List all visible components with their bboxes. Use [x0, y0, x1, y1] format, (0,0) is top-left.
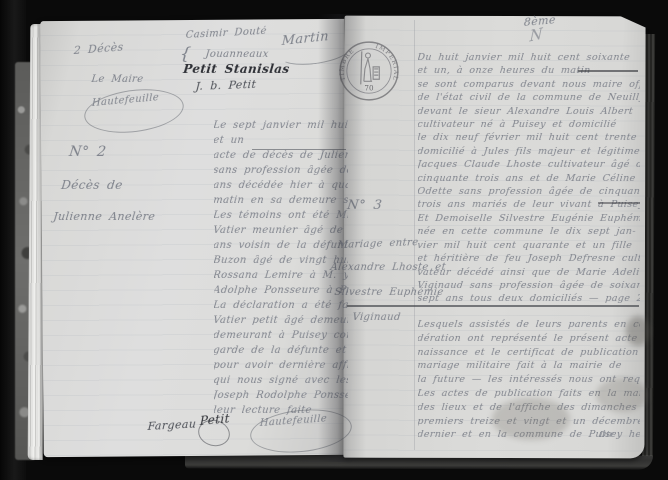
handwritten-line: de l'état civil de la commune de Neuilly: [418, 91, 640, 104]
handwritten-line: Viginaud sans profession âgée de soixant…: [418, 279, 640, 292]
handwritten-line: se sont comparus devant nous maire offi-: [418, 78, 640, 91]
handwritten-line: naissance et le certificat de publicatio…: [418, 346, 640, 360]
handwritten-line: dération ont représenté le présent acte …: [418, 332, 640, 346]
handwritten-line: Buzon âgé de vingt huit ans demeurant: [214, 253, 348, 268]
handwritten-line: Les témoins ont été Mr Alphonse: [214, 208, 348, 223]
svg-text:70: 70: [364, 84, 374, 93]
handwritten-line: matin en sa demeure sise au Bourg: [214, 193, 348, 208]
handwritten-line: et un: [214, 133, 348, 148]
right-page-body-text-1: Du huit janvier mil huit cent soixanteet…: [418, 51, 640, 307]
handwritten-line: sept ans tous deux domiciliés — page 2: [418, 292, 640, 305]
handwritten-line: Adolphe Ponsseure à Puisey le Commis: [214, 283, 348, 298]
paraph-mark: N: [529, 24, 543, 45]
cover-corner-overlay: [598, 8, 660, 36]
act-number-right: N° 3: [346, 198, 382, 213]
handwritten-line: Rossana Lemire à M. y. de la Première: [214, 268, 348, 283]
header-brace: {: [179, 44, 192, 64]
handwritten-line: vateur décédé ainsi que de Marie Adeline: [418, 266, 640, 279]
handwritten-line: vier mil huit cent quarante et un fille: [418, 239, 640, 252]
fill-dash-1: [578, 70, 638, 72]
handwritten-line: trois ans mariés de leur vivant à Puisey: [418, 198, 640, 211]
handwritten-line: ans voisin de la défunte et Alexandre: [214, 238, 348, 253]
section-separator-rule: [347, 305, 639, 307]
blank-underline: [252, 149, 346, 150]
handwritten-line: Vatier meunier âgé de quarante cinq: [214, 223, 348, 238]
act-title-line2: Julienne Anelère: [53, 210, 156, 223]
handwritten-line: cinquante trois ans et de Marie Céline: [418, 172, 640, 185]
handwritten-line: garde de la défunte et le décès mai: [214, 343, 348, 358]
handwritten-line: le dix neuf février mil huit cent trente…: [418, 131, 640, 144]
act-number-left: N° 2: [68, 144, 107, 160]
handwritten-line: demeurant à Puisey commune de la: [214, 328, 348, 343]
signature-fargeau: Fargeau: [147, 417, 196, 433]
handwritten-line: pour avoir dernière affirmé de Mlle: [214, 358, 348, 373]
paper-stain: [596, 378, 648, 412]
handwritten-line: Joseph Rodolphe Ponsseure qui a déclaré: [214, 388, 348, 403]
handwritten-line: née en cette commune le dix sept jan-: [418, 225, 640, 238]
right-page-margin-rule: [414, 20, 415, 450]
imperial-tax-stamp-icon: TIMBRE IMPERIAL 70: [336, 38, 402, 104]
end-mark: Dir: [599, 430, 614, 439]
handwritten-line: Lesquels assistés de leurs parents en co…: [418, 318, 640, 332]
handwritten-line: mariage militaire fait à la mairie de: [418, 359, 640, 373]
handwritten-line: Du huit janvier mil huit cent soixante: [418, 51, 640, 64]
handwritten-line: Odette sans profession âgée de cinquante: [418, 185, 640, 198]
header-name-3: Petit Stanislas: [183, 62, 291, 76]
header-name-2: Jouanneaux: [205, 49, 269, 60]
handwritten-line: cultivateur né à Puisey et domicilié: [418, 118, 640, 131]
handwritten-line: et héritière de feu Joseph Defresne cult…: [418, 252, 640, 265]
handwritten-line: domicilié à Jules fils majeur et légitim…: [418, 145, 640, 158]
left-page-body-text: Le sept janvier mil huit cent soixanteet…: [214, 118, 348, 420]
handwritten-line: ans décédée hier à quatre heures du: [214, 178, 348, 193]
fill-dash-2: [598, 202, 640, 204]
handwritten-line: La déclaration a été faite par Mr: [214, 298, 348, 313]
act-title-line1: Décès de: [61, 178, 124, 192]
margin-note-le-maire: Le Maire: [91, 74, 144, 85]
handwritten-line: devant le sieur Alexandre Louis Albert: [418, 105, 640, 118]
header-name-4: J. b. Petit: [195, 78, 257, 93]
handwritten-line: acte de décès de Julienne Anelère: [214, 148, 348, 163]
paper-stain: [626, 316, 650, 346]
handwritten-line: qui nous signé avec les témoins et la Da…: [214, 373, 348, 388]
handwritten-line: Jacques Claude Lhoste cultivateur âgé de: [418, 158, 640, 171]
scanned-register-photo: 2 Décès Le Maire Hautefeuille Casimir Do…: [0, 0, 668, 480]
handwritten-line: Et Demoiselle Silvestre Eugénie Euphémie: [418, 212, 640, 225]
paper-stain: [492, 398, 570, 440]
marriage-margin-line4: Viginaud: [352, 312, 401, 323]
handwritten-line: Le sept janvier mil huit cent soixante: [214, 118, 348, 133]
handwritten-line: Vatier petit âgé demeurant tous deux: [214, 313, 348, 328]
handwritten-line: sans profession âgée de soixante douze: [214, 163, 348, 178]
